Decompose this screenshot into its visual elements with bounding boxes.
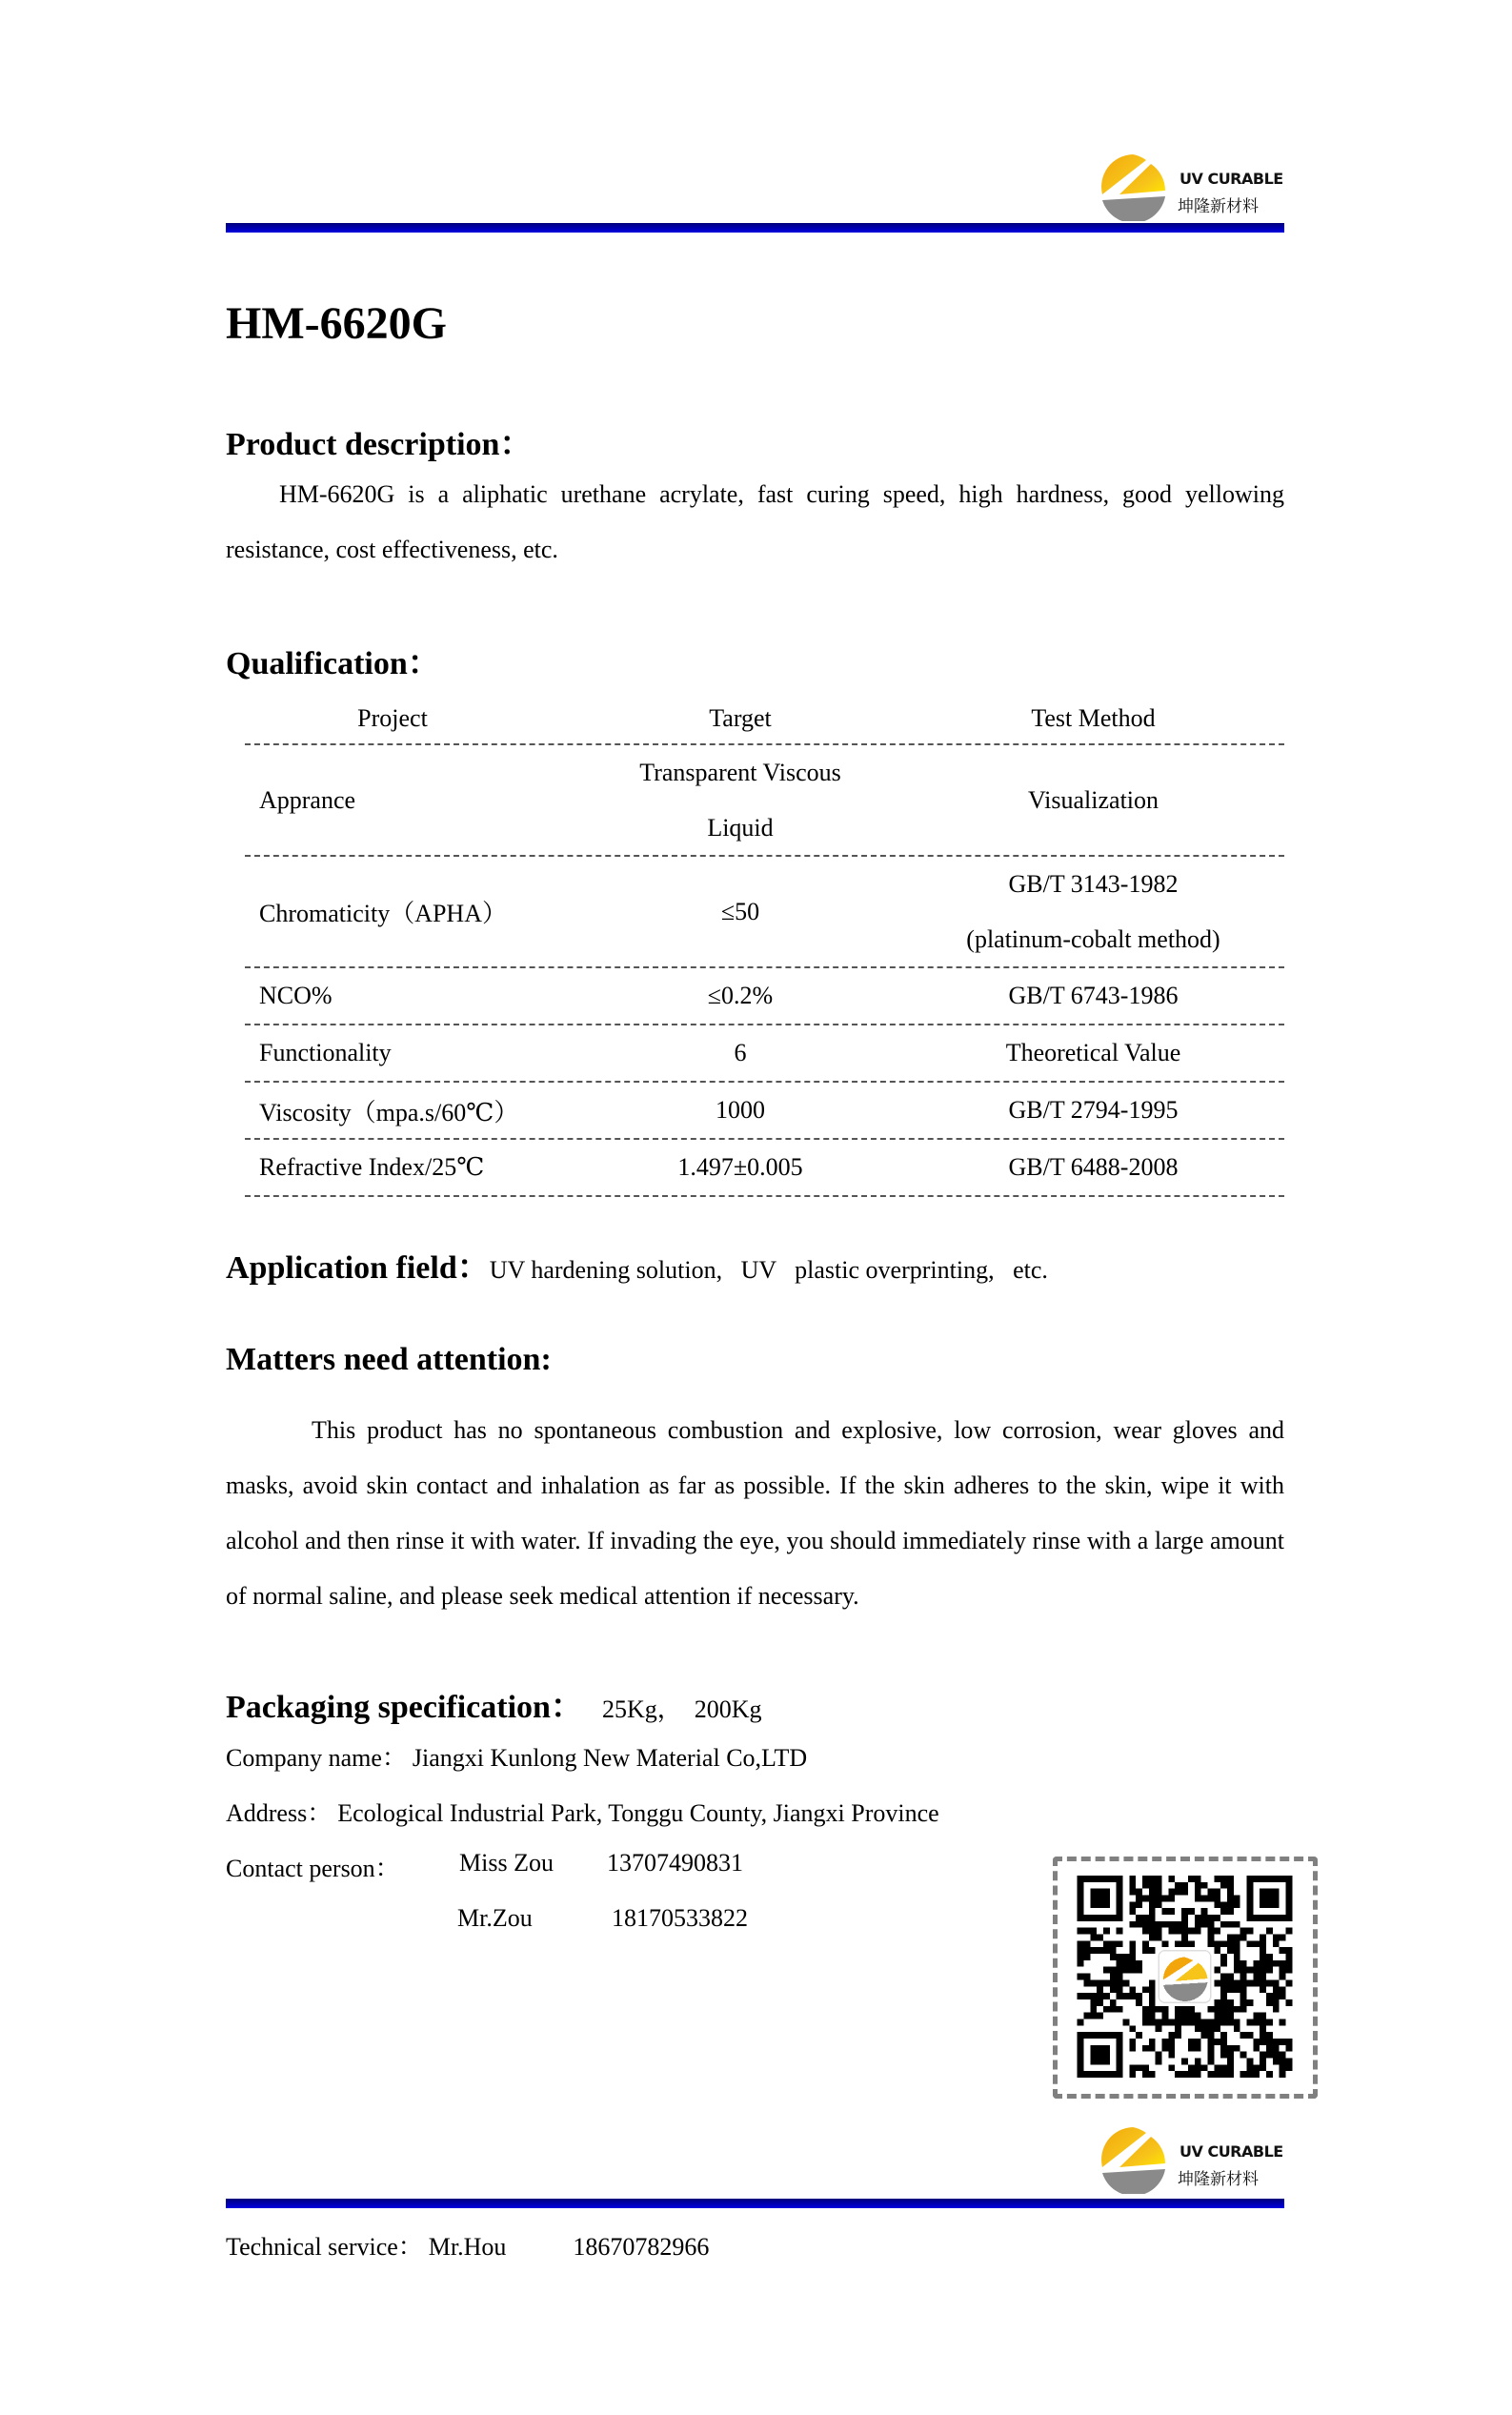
table-row: Chromaticity（APHA） ≤50 GB/T 3143-1982 (p… bbox=[245, 857, 1284, 968]
attention-heading: Matters need attention: bbox=[226, 1342, 552, 1378]
table-row: Viscosity（mpa.s/60℃） 1000 GB/T 2794-1995 bbox=[245, 1083, 1284, 1140]
cell-project: Chromaticity（APHA） bbox=[245, 894, 578, 929]
company-value: Jiangxi Kunlong New Material Co,LTD bbox=[413, 1744, 807, 1772]
table-row: Refractive Index/25℃ 1.497±0.005 GB/T 64… bbox=[245, 1140, 1284, 1197]
table-row: Apprance Transparent Viscous Liquid Visu… bbox=[245, 745, 1284, 857]
brand-logo-icon bbox=[1099, 152, 1167, 221]
cell-method: Visualization bbox=[902, 786, 1284, 815]
cell-project: NCO% bbox=[245, 982, 578, 1010]
cell-target: 6 bbox=[578, 1039, 902, 1067]
brand-name-en: UV CURABLE bbox=[1179, 2142, 1283, 2161]
column-header-target: Target bbox=[578, 704, 902, 733]
description-heading: Product description： bbox=[226, 417, 532, 464]
contact-phone: 13707490831 bbox=[607, 1849, 743, 1877]
attention-body: This product has no spontaneous combusti… bbox=[226, 1416, 1284, 1610]
description-text: HM-6620G is a aliphatic urethane acrylat… bbox=[226, 467, 1284, 578]
table-header: Project Target Test Method bbox=[245, 694, 1284, 745]
column-header-project: Project bbox=[245, 704, 578, 733]
company-name: Company name：Jiangxi Kunlong New Materia… bbox=[226, 1738, 807, 1774]
product-title: HM-6620G bbox=[226, 297, 447, 350]
cell-project: Viscosity（mpa.s/60℃） bbox=[245, 1093, 578, 1128]
description-body: HM-6620G is a aliphatic urethane acrylat… bbox=[226, 480, 1284, 563]
footer-divider bbox=[226, 2199, 1284, 2208]
address-value: Ecological Industrial Park, Tonggu Count… bbox=[337, 1799, 938, 1827]
table-row: NCO% ≤0.2% GB/T 6743-1986 bbox=[245, 968, 1284, 1025]
cell-target-line: Transparent Viscous bbox=[578, 745, 902, 801]
contact-phone: 18170533822 bbox=[612, 1904, 748, 1933]
cell-method: GB/T 6743-1986 bbox=[902, 982, 1284, 1010]
qualification-heading: Qualification： bbox=[226, 637, 440, 683]
technical-service: Technical service：Mr.Hou18670782966 bbox=[226, 2227, 709, 2263]
attention-text: This product has no spontaneous combusti… bbox=[226, 1403, 1284, 1624]
contact-name: Mr.Zou bbox=[457, 1904, 533, 1933]
packaging-text: 25Kg， 200Kg bbox=[602, 1695, 762, 1723]
company-label: Company name： bbox=[226, 1744, 407, 1772]
cell-project: Refractive Index/25℃ bbox=[245, 1153, 578, 1182]
address: Address：Ecological Industrial Park, Tong… bbox=[226, 1794, 939, 1829]
cell-target-line: Liquid bbox=[578, 801, 902, 856]
column-header-test-method: Test Method bbox=[902, 704, 1284, 733]
technical-service-label: Technical service： bbox=[226, 2233, 423, 2261]
cell-target: ≤50 bbox=[578, 898, 902, 926]
cell-project: Apprance bbox=[245, 786, 578, 815]
cell-target: 1000 bbox=[578, 1096, 902, 1125]
brand-name-cn: 坤隆新材料 bbox=[1178, 193, 1259, 216]
technical-service-phone: 18670782966 bbox=[573, 2233, 709, 2261]
contact-name: Miss Zou bbox=[459, 1849, 554, 1877]
brand-logo-icon bbox=[1099, 2125, 1167, 2194]
header-divider bbox=[226, 223, 1284, 233]
address-label: Address： bbox=[226, 1799, 332, 1827]
cell-method-line: GB/T 3143-1982 bbox=[902, 857, 1284, 912]
qr-code-icon bbox=[1077, 1876, 1293, 2078]
brand-name-cn: 坤隆新材料 bbox=[1178, 2165, 1259, 2189]
qualification-table: Project Target Test Method Apprance Tran… bbox=[245, 694, 1284, 1197]
contact-label: Contact person： bbox=[226, 1849, 400, 1884]
cell-method: GB/T 2794-1995 bbox=[902, 1096, 1284, 1125]
packaging-heading: Packaging specification： bbox=[226, 1690, 583, 1725]
footer-logo: UV CURABLE 坤隆新材料 bbox=[1067, 2116, 1277, 2192]
cell-method: GB/T 6488-2008 bbox=[902, 1153, 1284, 1182]
cell-method-line: (platinum-cobalt method) bbox=[902, 912, 1284, 967]
cell-target: Transparent Viscous Liquid bbox=[578, 745, 902, 856]
packaging-spec: Packaging specification：25Kg， 200Kg bbox=[226, 1680, 762, 1727]
table-row: Functionality 6 Theoretical Value bbox=[245, 1025, 1284, 1083]
cell-method: GB/T 3143-1982 (platinum-cobalt method) bbox=[902, 857, 1284, 967]
cell-target: 1.497±0.005 bbox=[578, 1153, 902, 1182]
brand-name-en: UV CURABLE bbox=[1179, 170, 1283, 188]
technical-service-name: Mr.Hou bbox=[429, 2233, 507, 2261]
cell-target: ≤0.2% bbox=[578, 982, 902, 1010]
application-heading: Application field： bbox=[226, 1250, 490, 1286]
cell-method: Theoretical Value bbox=[902, 1039, 1284, 1067]
header-logo: UV CURABLE 坤隆新材料 bbox=[1067, 143, 1277, 219]
application-field: Application field：UV hardening solution,… bbox=[226, 1241, 1048, 1288]
cell-project: Functionality bbox=[245, 1039, 578, 1067]
application-text: UV hardening solution, UV plastic overpr… bbox=[490, 1256, 1048, 1284]
